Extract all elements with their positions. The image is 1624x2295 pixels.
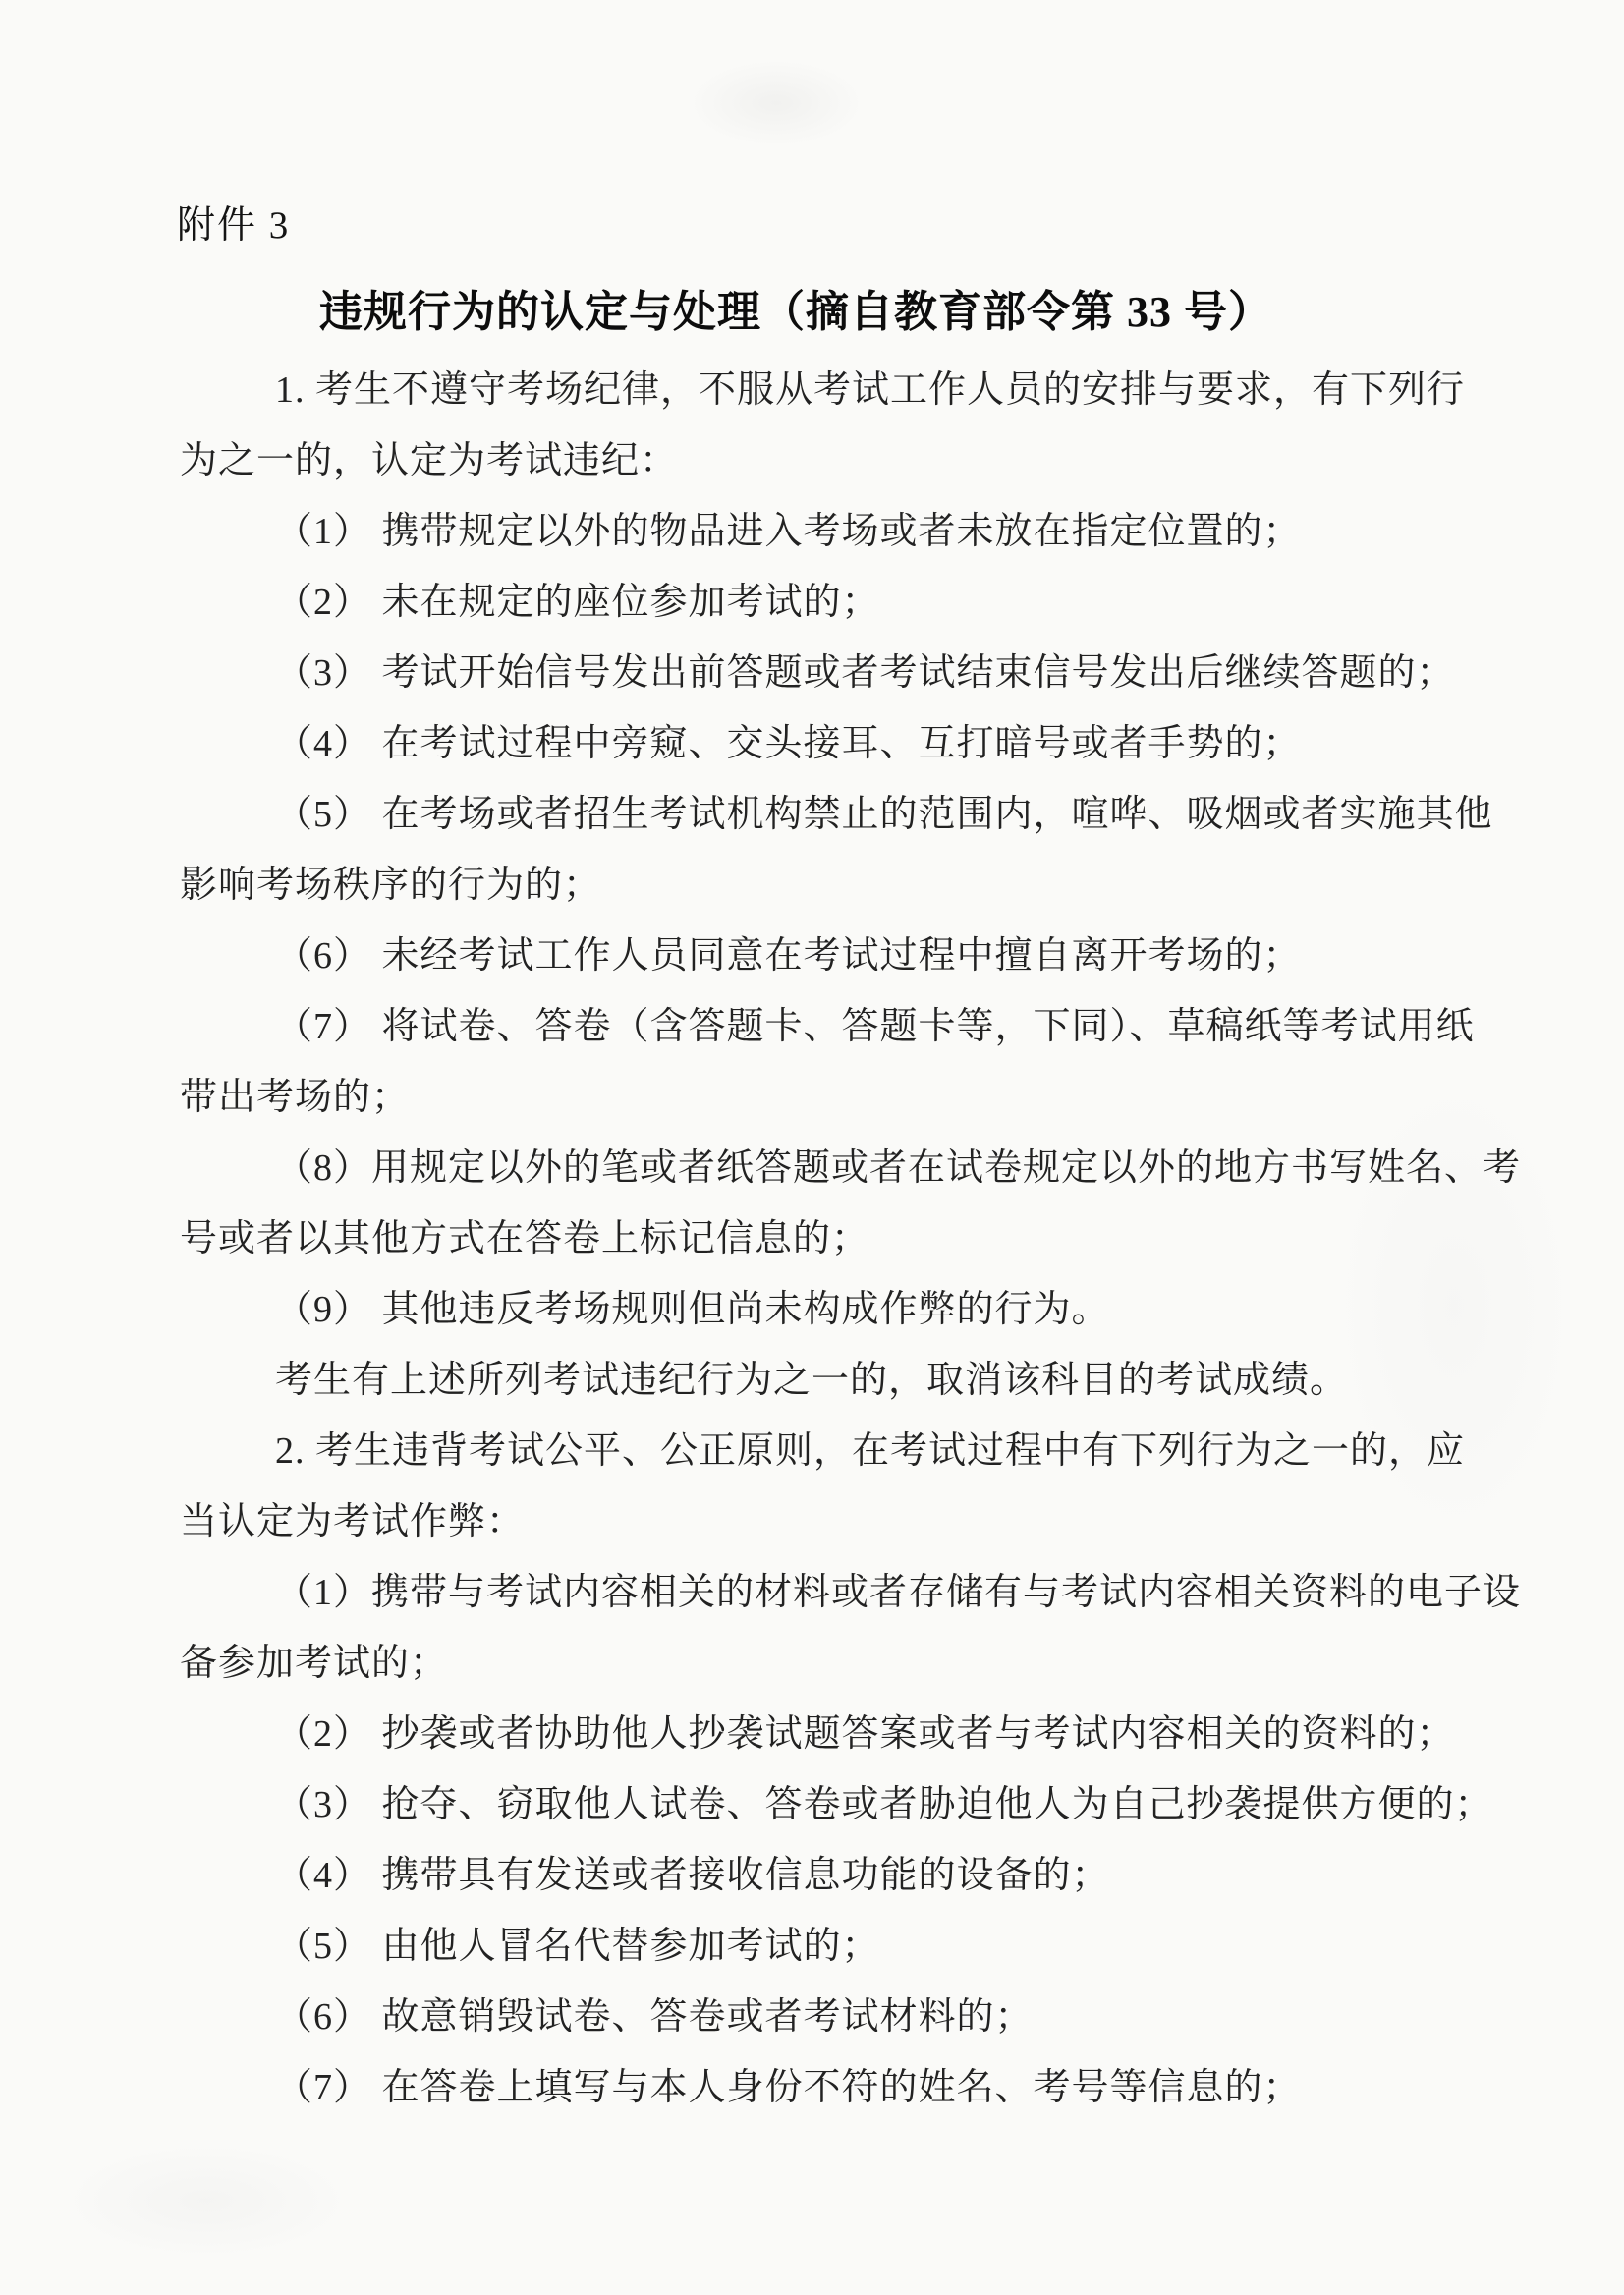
doc-line: （5） 在考场或者招生考试机构禁止的范围内，喧哗、吸烟或者实施其他 [180,779,1477,850]
doc-line: （1）携带与考试内容相关的材料或者存储有与考试内容相关资料的电子设 [180,1557,1477,1628]
doc-line: （9） 其他违反考场规则但尚未构成作弊的行为。 [180,1274,1477,1345]
doc-line: （6） 故意销毁试卷、答卷或者考试材料的； [180,1982,1477,2052]
doc-line: （1） 携带规定以外的物品进入考场或者未放在指定位置的； [180,496,1477,567]
document-body: 1. 考生不遵守考场纪律，不服从考试工作人员的安排与要求，有下列行 为之一的，认… [180,355,1477,2123]
doc-line: 带出考场的； [180,1062,1477,1133]
doc-line: （3） 抢夺、窃取他人试卷、答卷或者胁迫他人为自己抄袭提供方便的； [180,1769,1477,1840]
doc-line: （4） 在考试过程中旁窥、交头接耳、互打暗号或者手势的； [180,708,1477,779]
doc-line: （7） 将试卷、答卷（含答题卡、答题卡等，下同）、草稿纸等考试用纸 [180,991,1477,1062]
doc-line: 2. 考生违背考试公平、公正原则，在考试过程中有下列行为之一的，应 [180,1416,1477,1486]
doc-line: （2） 抄袭或者协助他人抄袭试题答案或者与考试内容相关的资料的； [180,1699,1477,1769]
doc-line: （2） 未在规定的座位参加考试的； [180,567,1477,638]
doc-line: （6） 未经考试工作人员同意在考试过程中擅自离开考场的； [180,921,1477,991]
doc-line: 号或者以其他方式在答卷上标记信息的； [180,1203,1477,1274]
doc-line: （7） 在答卷上填写与本人身份不符的姓名、考号等信息的； [180,2052,1477,2123]
doc-line: 考生有上述所列考试违纪行为之一的，取消该科目的考试成绩。 [180,1345,1477,1416]
doc-line: （5） 由他人冒名代替参加考试的； [180,1911,1477,1982]
doc-line: 备参加考试的； [180,1628,1477,1699]
page-title: 违规行为的认定与处理（摘自教育部令第 33 号） [180,290,1412,335]
doc-line: （8）用规定以外的笔或者纸答题或者在试卷规定以外的地方书写姓名、考 [180,1133,1477,1203]
document-content: 附件 3 违规行为的认定与处理（摘自教育部令第 33 号） 1. 考生不遵守考场… [0,0,1624,2123]
scanned-document-page: 附件 3 违规行为的认定与处理（摘自教育部令第 33 号） 1. 考生不遵守考场… [0,0,1624,2295]
doc-line: 为之一的，认定为考试违纪： [180,425,1477,496]
doc-line: （3） 考试开始信号发出前答题或者考试结束信号发出后继续答题的； [180,638,1477,708]
scan-artifact [59,2142,354,2260]
attachment-label: 附件 3 [177,203,1477,249]
doc-line: 当认定为考试作弊： [180,1486,1477,1557]
doc-line: 影响考场秩序的行为的； [180,850,1477,921]
doc-line: 1. 考生不遵守考场纪律，不服从考试工作人员的安排与要求，有下列行 [180,355,1477,425]
doc-line: （4） 携带具有发送或者接收信息功能的设备的； [180,1840,1477,1911]
